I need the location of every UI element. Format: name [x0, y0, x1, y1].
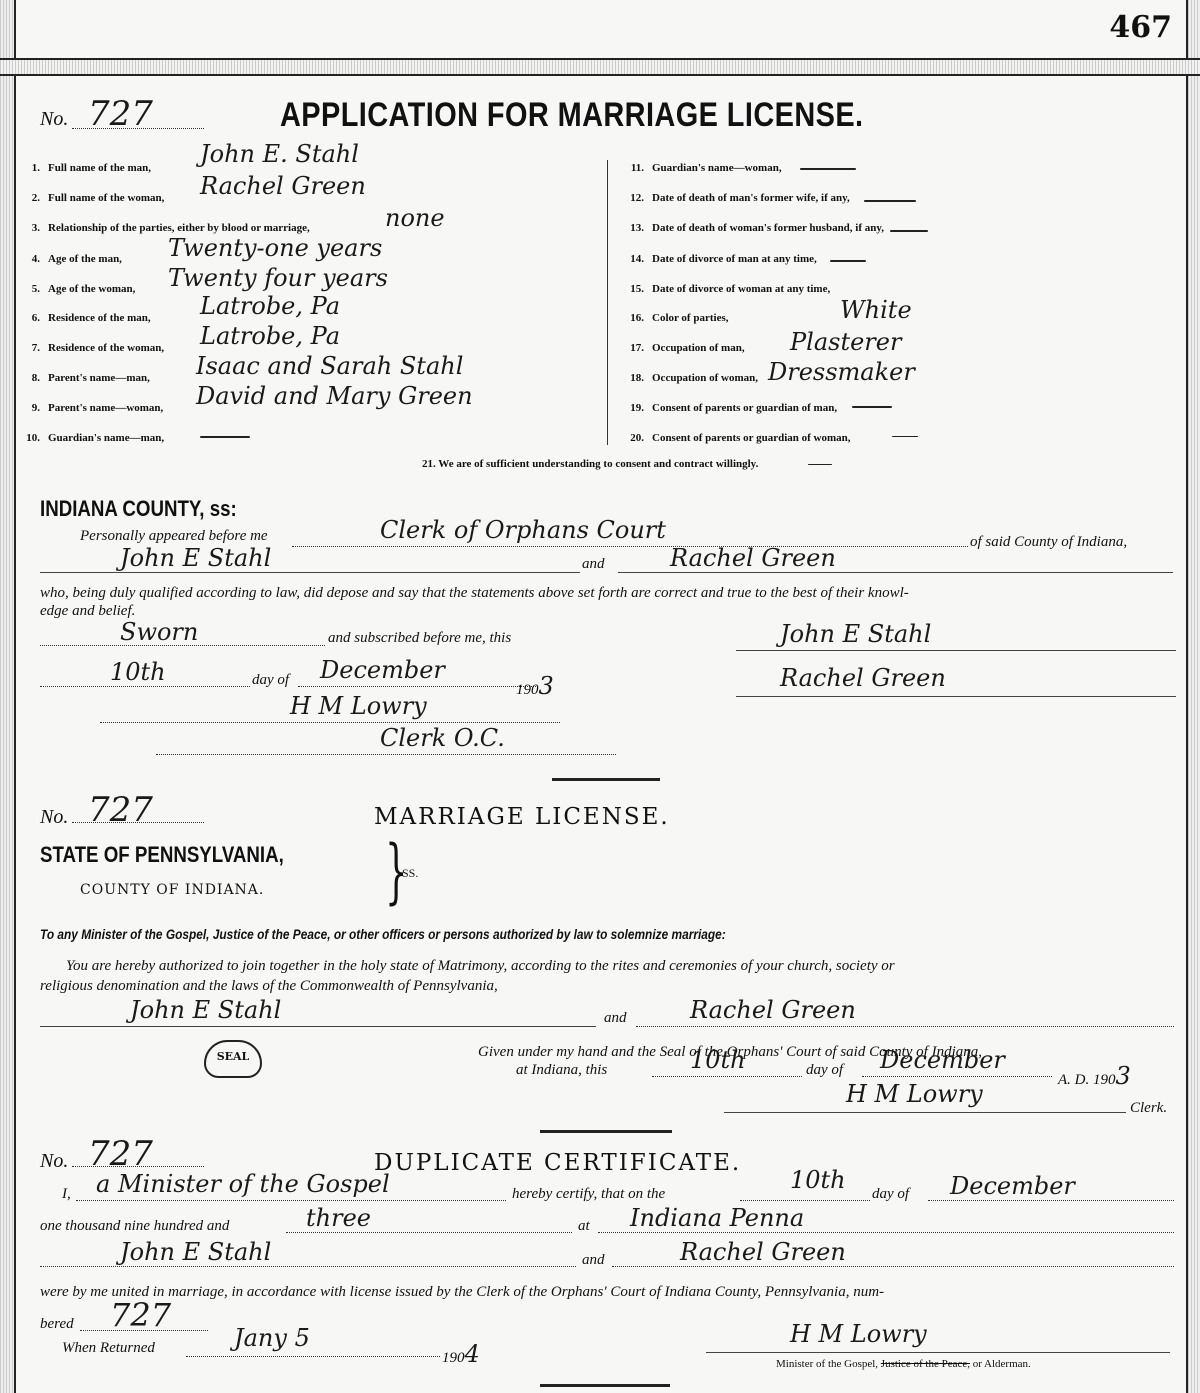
certificate-returned-label: When Returned [62, 1340, 155, 1357]
appeared-label: Personally appeared before me [80, 528, 268, 545]
certificate-year-value: three [306, 1204, 371, 1232]
field-12: 12.Date of death of man's former wife, i… [622, 192, 850, 204]
license-month: December [880, 1046, 1005, 1074]
sig-woman-line [736, 696, 1176, 697]
subscribed-label: and subscribed before me, this [328, 630, 511, 647]
field-17: 17.Occupation of man, [622, 342, 745, 354]
certificate-numbered-label: bered [40, 1316, 74, 1333]
clerk-sig-line [100, 722, 560, 723]
certificate-returned-date: Jany 5 [234, 1324, 310, 1352]
officiant-line [76, 1200, 506, 1201]
affidavit-and: and [582, 556, 605, 573]
officer-name: Clerk of Orphans Court [380, 516, 666, 544]
field-13: 13.Date of death of woman's former husba… [622, 222, 884, 234]
certificate-man-line [40, 1266, 576, 1267]
affidavit-day-of: day of [252, 672, 289, 689]
application-number: 727 [88, 94, 153, 134]
certificate-place-line [598, 1232, 1174, 1233]
officer-line [292, 546, 968, 547]
certificate-title: DUPLICATE CERTIFICATE. [374, 1150, 741, 1176]
field-9-value: David and Mary Green [196, 382, 473, 410]
certificate-man: John E Stahl [120, 1238, 271, 1266]
right-ledger-border [1186, 0, 1200, 1393]
field-8-value: Isaac and Sarah Stahl [196, 352, 463, 380]
certificate-at-label: at [578, 1218, 590, 1235]
minister-sig-line [706, 1352, 1170, 1353]
divider-ornament-2 [540, 1130, 672, 1133]
license-day-line [652, 1076, 802, 1077]
affidavit-man: John E Stahl [120, 544, 271, 572]
license-woman: Rachel Green [690, 996, 856, 1024]
certificate-year-label: one thousand nine hundred and [40, 1218, 229, 1235]
license-at-indiana: at Indiana, this [516, 1062, 607, 1079]
divider-ornament-3 [540, 1384, 670, 1387]
license-state: STATE OF PENNSYLVANIA, [40, 842, 284, 868]
field-3: 3.Relationship of the parties, either by… [18, 222, 310, 234]
field-3-value: none [385, 204, 445, 232]
sig-man-line [736, 650, 1176, 651]
affidavit-clerk-title: Clerk O.C. [380, 724, 505, 752]
field-12-dash [864, 200, 916, 202]
license-clerk-signature: H M Lowry [846, 1080, 983, 1108]
certificate-returned-year: 1904 [442, 1340, 480, 1368]
field-4-value: Twenty-one years [168, 234, 382, 262]
affidavit-month: December [320, 656, 445, 684]
certificate-and: and [582, 1252, 605, 1269]
field-11-dash [800, 168, 856, 170]
field-1: 1.Full name of the man, [18, 162, 151, 174]
certificate-woman-line [612, 1266, 1174, 1267]
application-title: APPLICATION FOR MARRIAGE LICENSE. [280, 96, 863, 135]
certificate-officiant: a Minister of the Gospel [96, 1170, 390, 1198]
certificate-day-line [740, 1200, 870, 1201]
affidavit-day-line [40, 686, 250, 687]
license-no-label: No. [40, 806, 68, 829]
field-18: 18.Occupation of woman, [622, 372, 758, 384]
license-ad-year: A. D. 1903 [1058, 1062, 1131, 1090]
of-county-label: of said County of Indiana, [970, 534, 1127, 551]
certificate-number: 727 [88, 1134, 153, 1174]
field-7: 7.Residence of the woman, [18, 342, 164, 354]
license-man: John E Stahl [130, 996, 281, 1024]
certificate-no-label: No. [40, 1150, 68, 1173]
affidavit-woman-signature: Rachel Green [780, 664, 946, 692]
certificate-i-label: I, [62, 1186, 71, 1203]
license-clerk-line [724, 1112, 1126, 1113]
certificate-place: Indiana Penna [630, 1204, 804, 1232]
field-10-dash [200, 436, 250, 438]
field-13-dash [890, 230, 928, 232]
license-and: and [604, 1010, 627, 1027]
marriage-record-page: 467 No. 727 APPLICATION FOR MARRIAGE LIC… [0, 0, 1200, 1393]
license-woman-line [636, 1026, 1174, 1027]
field-20-dash [892, 436, 918, 437]
field-19-dash [852, 406, 892, 408]
license-number: 727 [88, 790, 153, 830]
field-2-value: Rachel Green [200, 172, 366, 200]
affidavit-clerk-signature: H M Lowry [290, 692, 427, 720]
top-ledger-band [0, 58, 1200, 76]
sworn-value: Sworn [120, 618, 198, 646]
affidavit-month-line [298, 686, 538, 687]
affidavit-year: 1903 [516, 672, 554, 700]
license-clerk-label: Clerk. [1130, 1100, 1167, 1117]
license-man-line [40, 1026, 596, 1027]
field-2: 2.Full name of the woman, [18, 192, 164, 204]
affidavit-man-signature: John E Stahl [780, 620, 931, 648]
certificate-certify: hereby certify, that on the [512, 1186, 665, 1203]
field-19: 19.Consent of parents or guardian of man… [622, 402, 837, 414]
certificate-month: December [950, 1172, 1075, 1200]
left-ledger-border [0, 0, 16, 1393]
minister-caption: Minister of the Gospel, Justice of the P… [776, 1358, 1031, 1370]
license-ss: SS. [402, 866, 418, 881]
seal-icon: SEAL [204, 1040, 262, 1078]
clerk-title-line [156, 754, 616, 755]
license-address: To any Minister of the Gospel, Justice o… [40, 926, 726, 942]
field-17-value: Plasterer [790, 328, 901, 356]
field-14-dash [830, 260, 866, 262]
field-20: 20.Consent of parents or guardian of wom… [622, 432, 851, 444]
license-day-of: day of [806, 1062, 843, 1079]
affidavit-statement-1: who, being duly qualified according to l… [40, 585, 909, 602]
field-18-value: Dressmaker [768, 358, 915, 386]
application-no-label: No. [40, 108, 68, 131]
field-1-value: John E. Stahl [200, 140, 359, 168]
field-15: 15.Date of divorce of woman at any time, [622, 283, 830, 295]
field-4: 4.Age of the man, [18, 253, 122, 265]
item-21: 21. We are of sufficient understanding t… [422, 458, 758, 470]
license-day: 10th [690, 1046, 746, 1074]
affidavit-woman: Rachel Green [670, 544, 836, 572]
field-5: 5.Age of the woman, [18, 283, 135, 295]
certificate-day-of: day of [872, 1186, 909, 1203]
license-county: COUNTY OF INDIANA. [80, 882, 264, 898]
certificate-year-line [286, 1232, 572, 1233]
field-6-value: Latrobe, Pa [200, 292, 340, 320]
affidavit-woman-line [618, 572, 1173, 573]
certificate-returned-line [186, 1356, 440, 1357]
certificate-woman: Rachel Green [680, 1238, 846, 1266]
field-8: 8.Parent's name—man, [18, 372, 150, 384]
column-divider [607, 160, 608, 445]
license-body-1: You are hereby authorized to join togeth… [66, 958, 895, 975]
divider-ornament [552, 778, 660, 781]
field-11: 11.Guardian's name—woman, [622, 162, 782, 174]
license-title: MARRIAGE LICENSE. [374, 804, 670, 830]
affidavit-day: 10th [110, 658, 166, 686]
affidavit-man-line [40, 572, 580, 573]
field-16: 16.Color of parties, [622, 312, 728, 324]
minister-signature: H M Lowry [790, 1320, 927, 1348]
certificate-month-line [928, 1200, 1174, 1201]
certificate-day: 10th [790, 1166, 846, 1194]
license-month-line [862, 1076, 1052, 1077]
field-10: 10.Guardian's name—man, [18, 432, 164, 444]
license-body-2: religious denomination and the laws of t… [40, 978, 498, 995]
affidavit-county: INDIANA COUNTY, ss: [40, 496, 237, 522]
field-7-value: Latrobe, Pa [200, 322, 340, 350]
field-6: 6.Residence of the man, [18, 312, 151, 324]
field-16-value: White [840, 296, 912, 324]
field-14: 14.Date of divorce of man at any time, [622, 253, 817, 265]
item-21-dash [808, 464, 832, 465]
certificate-numbered-value: 727 [110, 1296, 171, 1334]
field-9: 9.Parent's name—woman, [18, 402, 163, 414]
field-5-value: Twenty four years [168, 264, 388, 292]
page-number: 467 [1109, 10, 1172, 45]
